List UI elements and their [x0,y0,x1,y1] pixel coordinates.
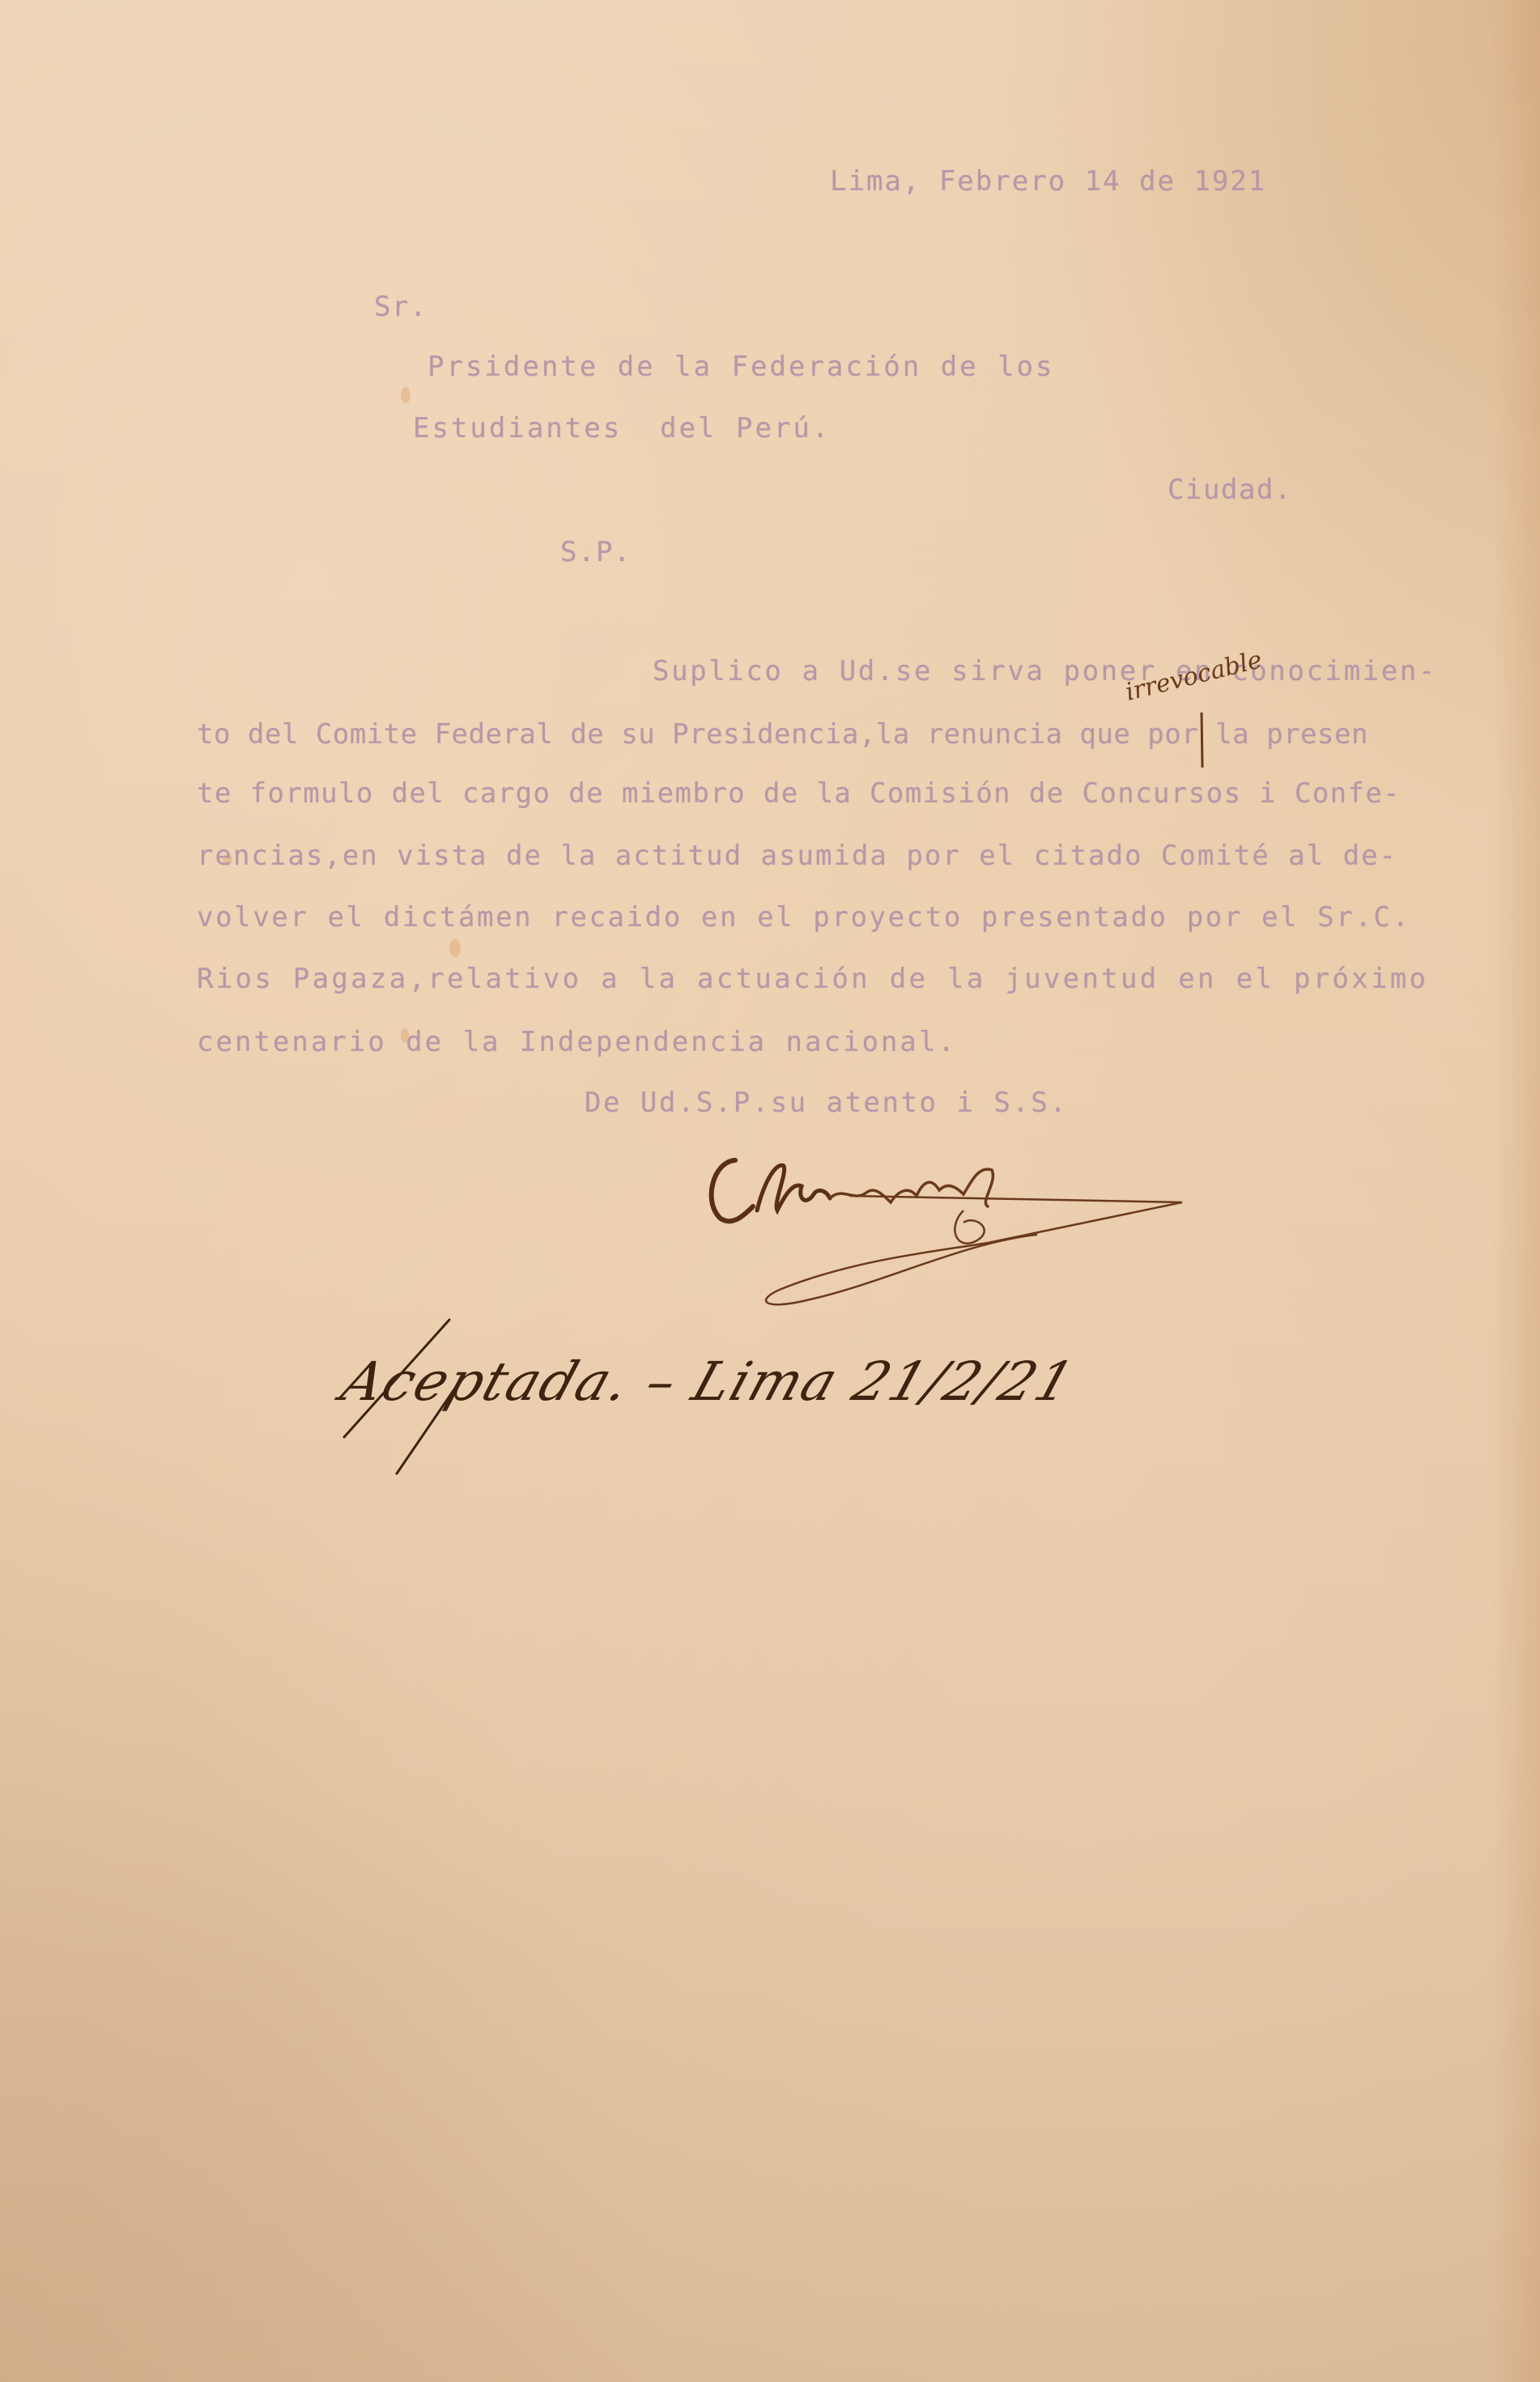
signature: C.Miró Quesada [696,1146,1215,1308]
paper-stain [401,387,411,403]
city: Ciudad. [1168,476,1292,504]
paper-stain [449,939,461,957]
insertion-caret-mark [1198,712,1206,769]
body-line-1: Suplico a Ud.se sirva poner en conocimie… [653,657,1437,685]
closing: De Ud.S.P.su atento i S.S. [585,1089,1068,1117]
body-line-2: to del Comite Federal de su Presidencia,… [197,721,1368,748]
body-line-5: volver el dictámen recaido en el proyect… [197,904,1411,931]
body-line-4: rencias,en vista de la actitud asumida p… [197,842,1397,870]
paper-edge-shading [1491,0,1540,2382]
honorific: S.P. [560,538,632,566]
body-line-6: Rios Pagaza,relativo a la actuación de l… [197,965,1428,993]
recipient-line-1: Prsidente de la Federación de los [428,353,1055,381]
salutation: Sr. [374,293,428,321]
letter-page: Lima, Febrero 14 de 1921 Sr. Prsidente d… [0,0,1540,2382]
body-line-7: centenario de la Independencia nacional. [197,1028,957,1056]
approval-flourish [336,1295,498,1482]
place-date: Lima, Febrero 14 de 1921 [830,168,1266,195]
body-line-3: te formulo del cargo de miembro de la Co… [197,780,1401,807]
recipient-line-2: Estudiantes del Perú. [413,415,831,442]
